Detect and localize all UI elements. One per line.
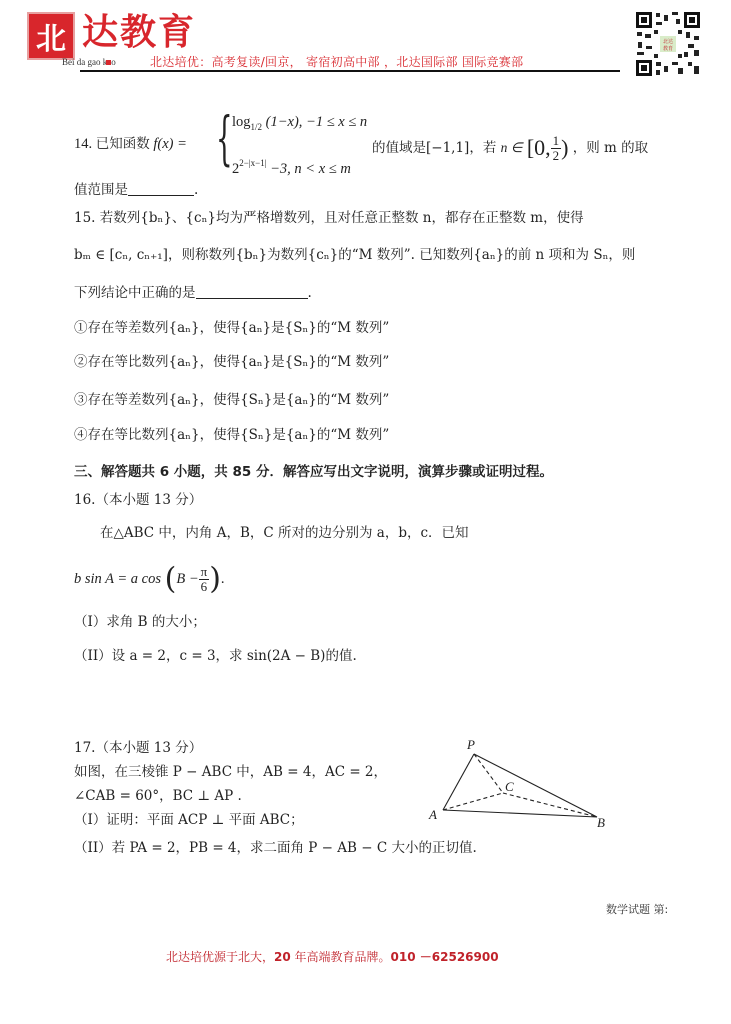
q14-exponent: 2−|x−1| — [239, 158, 266, 168]
q14-range: 的值域是[−1,1]，若 n ∈ [0,12) ，则 m 的取 — [372, 134, 648, 163]
footer-text-c: 年高端教育品牌。 — [291, 950, 391, 964]
q14-case2-condition: −3, n < x ≤ m — [270, 161, 351, 177]
q15-option-2: ②存在等比数列{aₙ}，使得{aₙ}是{Sₙ}的“M 数列” — [74, 352, 389, 372]
q16-formula-inner: B − — [176, 571, 198, 587]
footer-phone: 010 －62526900 — [391, 950, 499, 964]
q15-period: . — [308, 285, 312, 301]
half-denominator: 2 — [553, 149, 560, 163]
q15-answer-blank[interactable] — [196, 284, 308, 299]
header-divider — [80, 70, 620, 72]
logo-mark: 北 — [27, 12, 75, 60]
q14-case1: log1/2 (1−x), −1 ≤ x ≤ n — [232, 112, 367, 137]
svg-text:教育: 教育 — [663, 45, 673, 52]
footer-text-a: 北达培优源于北大， — [166, 950, 274, 964]
q17-line1: 如图，在三棱锥 P − ABC 中，AB = 4，AC = 2， — [74, 762, 387, 782]
q16-stem: 在△ABC 中，内角 A，B，C 所对的边分别为 a，b，c．已知 — [100, 523, 469, 543]
logo-dot-icon — [106, 60, 111, 65]
half-numerator: 1 — [551, 134, 562, 149]
q14-answer-blank[interactable] — [128, 181, 194, 196]
q14-line2: 值范围是. — [74, 180, 198, 200]
q16-part1: （I）求角 B 的大小； — [74, 612, 206, 632]
logo-name: 达教育 — [82, 10, 196, 54]
section3-heading: 三、解答题共 6 小题，共 85 分．解答应写出文字说明，演算步骤或证明过程。 — [74, 462, 553, 482]
q16-paren-close: ) — [209, 562, 221, 597]
q17-title: 17.（本小题 13 分） — [74, 738, 202, 758]
q16-formula-left: b sin A = a cos — [74, 571, 161, 587]
q14-number-lead: 14. 已知函数 f(x) = — [74, 134, 187, 154]
q14-log: log — [232, 114, 251, 130]
q14-case1-condition: (1−x), −1 ≤ x ≤ n — [266, 114, 368, 130]
q14-range-text: 的值域是[−1,1]，若 — [372, 140, 496, 156]
q14-number: 14. — [74, 136, 92, 152]
q16-formula: b sin A = a cos (B −π6). — [74, 562, 225, 596]
q14-tail: ，则 m 的取 — [573, 140, 648, 156]
q15-line1: 15. 若数列{bₙ}、{cₙ}均为严格增数列，且对任意正整数 n，都存在正整数… — [74, 208, 584, 228]
q15-option-4: ④存在等比数列{aₙ}，使得{Sₙ}是{aₙ}的“M 数列” — [74, 425, 389, 445]
footer-contact: 北达培优源于北大，20 年高端教育品牌。010 －62526900 — [166, 948, 499, 965]
footer-years: 20 — [274, 950, 291, 964]
q14-line2-text: 值范围是 — [74, 182, 128, 198]
q16-part2: （II）设 a = 2，c = 3，求 sin(2A − B)的值. — [74, 646, 357, 666]
q15-line3-text: 下列结论中正确的是 — [74, 285, 196, 301]
q15-line3: 下列结论中正确的是. — [74, 283, 312, 303]
q17-part2: （II）若 PA = 2，PB = 4，求二面角 P − AB − C 大小的正… — [74, 838, 477, 858]
q14-case2: 22−|x−1| −3, n < x ≤ m — [232, 153, 351, 179]
q16-title: 16.（本小题 13 分） — [74, 490, 202, 510]
qr-code-icon: 北达 教育 — [634, 10, 702, 78]
label-p: P — [466, 737, 475, 752]
six: 6 — [201, 580, 208, 594]
label-b: B — [597, 815, 605, 830]
q15-option-1: ①存在等差数列{aₙ}，使得{aₙ}是{Sₙ}的“M 数列” — [74, 318, 389, 338]
label-c: C — [505, 779, 514, 794]
tetrahedron-figure: P A B C — [425, 735, 615, 830]
q14-n-in: n ∈ — [501, 140, 523, 155]
q14-half: 12 — [551, 134, 562, 163]
header-slogan: 北达培优：高考复读/回京， 寄宿初高中部 ，北达国际部 国际竞赛部 — [150, 53, 523, 70]
page-label: 数学试题 第: — [606, 901, 668, 917]
q15-line2: bₘ ∈ [cₙ, cₙ₊₁]，则称数列{bₙ}为数列{cₙ}的“M 数列”. … — [74, 245, 635, 265]
q16-period: . — [221, 571, 225, 587]
q16-pi-over-6: π6 — [199, 565, 210, 594]
q14-fx: f(x) = — [153, 136, 187, 152]
q17-part1: （I）证明：平面 ACP ⊥ 平面 ABC； — [74, 810, 304, 830]
q14-brace: { — [216, 109, 233, 167]
q14-interval-open: [0, — [527, 135, 551, 160]
label-a: A — [428, 807, 437, 822]
svg-text:北达: 北达 — [663, 38, 673, 45]
q14-lead: 已知函数 — [96, 136, 150, 152]
q14-interval-close: ) — [561, 135, 568, 160]
q16-paren-open: ( — [165, 562, 177, 597]
pi: π — [199, 565, 210, 580]
q14-log-base: 1/2 — [251, 122, 263, 132]
q14-period: . — [194, 182, 198, 198]
q15-option-3: ③存在等差数列{aₙ}，使得{Sₙ}是{aₙ}的“M 数列” — [74, 390, 389, 410]
q17-line2: ∠CAB = 60°，BC ⊥ AP . — [74, 786, 242, 806]
